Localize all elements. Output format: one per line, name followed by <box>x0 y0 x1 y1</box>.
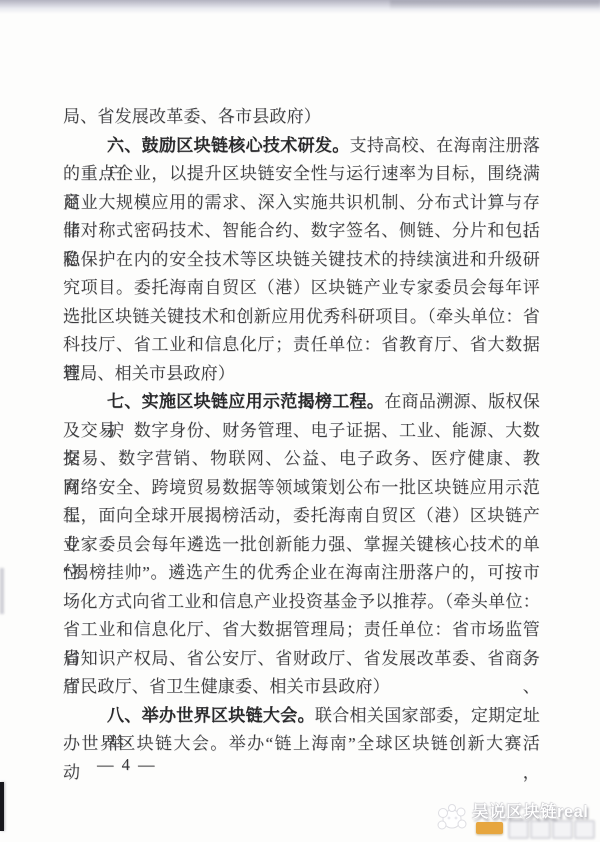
page-number: — 4 — <box>97 755 157 775</box>
scan-artifact-left-bar <box>0 782 4 831</box>
section-heading: 七、实施区块链应用示范揭榜工程。 <box>107 392 384 411</box>
text-line: 非对称式密码技术、智能合约、数字签名、侧链、分片和包括隐 <box>63 217 540 246</box>
text-line: 科技厅、省工业和信息化厅；责任单位：省教育厅、省大数据管 <box>63 331 540 360</box>
text-line: 究项目。委托海南自贸区（港）区块链产业专家委员会每年评选 <box>63 274 540 303</box>
section-heading: 六、鼓励区块链核心技术研发。 <box>107 136 350 155</box>
ghost-watermark-glyph <box>574 820 595 839</box>
text-line: 省知识产权局、省公安厅、省财政厅、省发展改革委、省商务厅、 <box>63 645 540 674</box>
text-line: 八、举办世界区块链大会。联合相关国家部委，定期定址举 <box>63 702 540 731</box>
text-line: 七、实施区块链应用示范揭榜工程。在商品溯源、版权保护 <box>63 388 540 417</box>
text-line: 省工业和信息化厅、省大数据管理局；责任单位：省市场监管局、 <box>63 616 540 645</box>
text-line: 商业大规模应用的需求、深入实施共识机制、分布式计算与存储、 <box>63 189 540 218</box>
ghost-watermark-logo-icon <box>476 822 503 834</box>
scan-artifact-left-streak <box>0 568 4 614</box>
text-line: 理局、相关市县政府） <box>63 360 540 389</box>
watermark: 吴说区块链real <box>428 796 596 838</box>
text-line: “揭榜挂帅”。遴选产生的优秀企业在海南注册落户的，可按市 <box>63 559 540 588</box>
ghost-watermark-glyph <box>530 820 551 839</box>
ghost-watermark-glyph <box>552 820 573 839</box>
text-line: 网络安全、跨境贸易数据等领域策划公布一批区块链应用示范工 <box>63 474 540 503</box>
watermark-logo-icon <box>434 804 470 834</box>
text-line: 的重点企业，以提升区块链安全性与运行速率为目标，围绕满足 <box>63 160 540 189</box>
text-line: 交易、数字营销、物联网、公益、电子政务、医疗健康、教育、 <box>63 445 540 474</box>
section-heading: 八、举办世界区块链大会。 <box>107 706 315 725</box>
scanned-document-page: 局、省发展改革委、各市县政府）六、鼓励区块链核心技术研发。支持高校、在海南注册落… <box>0 0 600 842</box>
text-line: 局、省发展改革委、各市县政府） <box>63 103 540 132</box>
ghost-watermark-glyph <box>508 820 529 839</box>
text-line: 私保护在内的安全技术等区块链关键技术的持续演进和升级研 <box>63 246 540 275</box>
text-line: 六、鼓励区块链核心技术研发。支持高校、在海南注册落户 <box>63 132 540 161</box>
text-line: 程，面向全球开展揭榜活动，委托海南自贸区（港）区块链产业 <box>63 502 540 531</box>
text-line: 一批区块链关键技术和创新应用优秀科研项目。（牵头单位：省 <box>63 303 540 332</box>
text-line: 专家委员会每年遴选一批创新能力强、掌握关键核心技术的单位 <box>63 531 540 560</box>
text-line: 场化方式向省工业和信息产业投资基金予以推荐。（牵头单位： <box>63 588 540 617</box>
document-body: 局、省发展改革委、各市县政府）六、鼓励区块链核心技术研发。支持高校、在海南注册落… <box>63 103 540 759</box>
text-line: 及交易、数字身份、财务管理、电子证据、工业、能源、大数据 <box>63 417 540 446</box>
scan-edge-shadow-top-right <box>390 0 600 10</box>
watermark-text: 吴说区块链real <box>472 802 588 822</box>
